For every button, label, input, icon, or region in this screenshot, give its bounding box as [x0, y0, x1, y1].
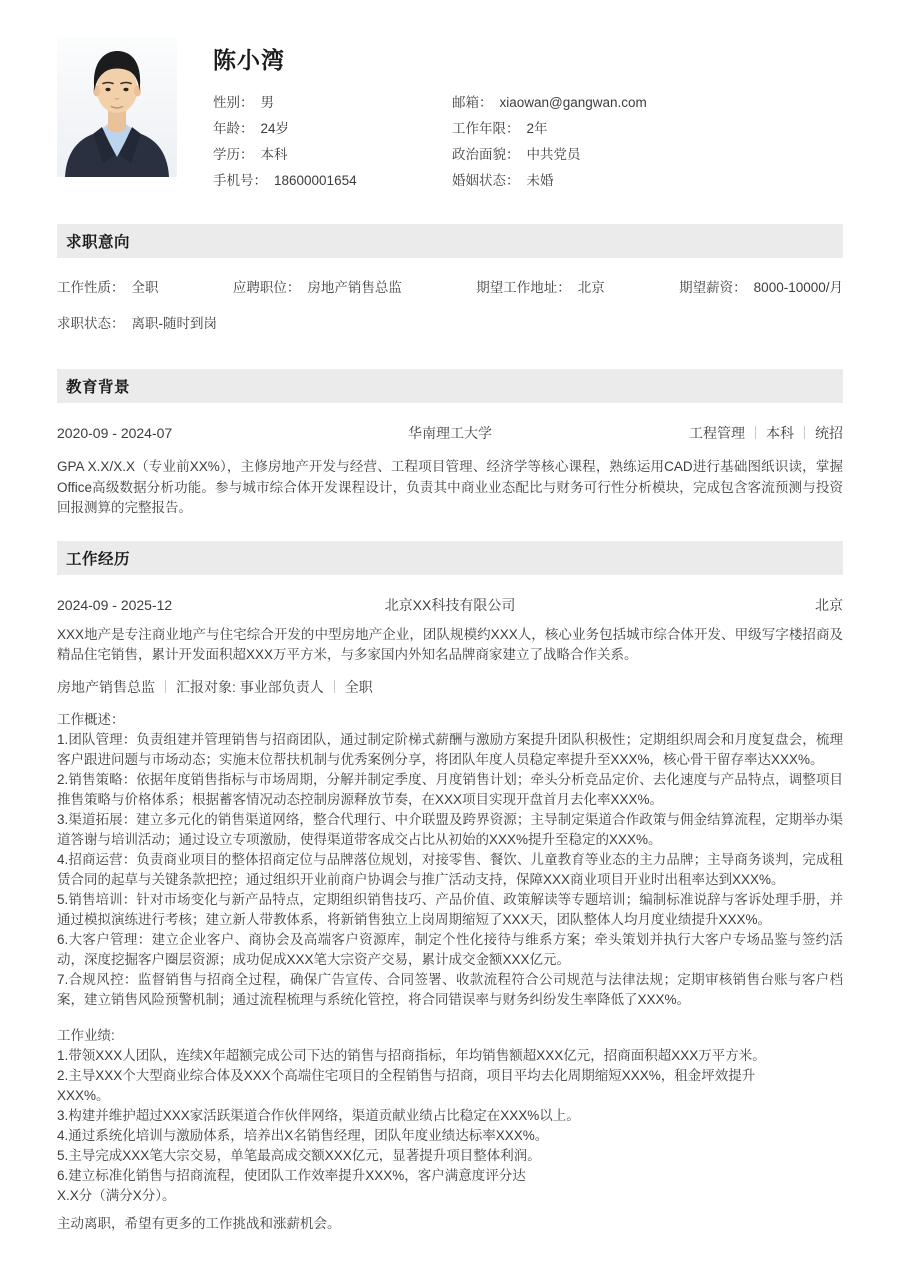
- divider: [804, 426, 805, 439]
- achievement-item: 2.主导XXX个大型商业综合体及XXX个高端住宅项目的全程销售与招商，项目平均去…: [57, 1066, 843, 1106]
- resume-header: 陈小湾 性别：男 邮箱：xiaowan@gangwan.com 年龄：24岁 工…: [57, 37, 843, 194]
- achievement-item: 6.建立标准化销售与招商流程，使团队工作效率提升XXX%，客户满意度评分达 X.…: [57, 1166, 843, 1206]
- field-marital-status: 婚姻状态：未婚: [452, 168, 843, 194]
- field-email: 邮箱：xiaowan@gangwan.com: [452, 90, 843, 116]
- work-entry-row: 2024-09 - 2025-12 北京XX科技有限公司 北京: [57, 595, 843, 615]
- overview-item: 6.大客户管理：建立企业客户、商协会及高端客户资源库，制定个性化接待与维系方案；…: [57, 930, 843, 970]
- work-overview: 工作概述： 1.团队管理：负责组建并管理销售与招商团队，通过制定阶梯式薪酬与激励…: [57, 710, 843, 1010]
- position-title: 房地产销售总监: [57, 679, 155, 695]
- achievement-title: 工作业绩:: [57, 1026, 843, 1046]
- section-header-education: 教育背景: [57, 369, 843, 403]
- company-intro: XXX地产是专注商业地产与住宅综合开发的中型房地产企业，团队规模约XXX人，核心…: [57, 625, 843, 666]
- field-work-years: 工作年限：2年: [452, 116, 843, 142]
- achievement-item: 4.通过系统化培训与激励体系，培养出X名销售经理，团队年度业绩达标率XXX%。: [57, 1126, 843, 1146]
- company-name: 北京XX科技有限公司: [316, 595, 583, 615]
- school-name: 华南理工大学: [316, 423, 583, 443]
- divider: [165, 680, 166, 693]
- work-achievements: 工作业绩: 1.带领XXX人团队，连续X年超额完成公司下达的销售与招商指标，年均…: [57, 1026, 843, 1206]
- leave-reason: 主动离职，希望有更多的工作挑战和涨薪机会。: [57, 1214, 843, 1234]
- overview-title: 工作概述：: [57, 710, 843, 730]
- profile-photo: [57, 37, 177, 177]
- major: 工程管理: [689, 425, 745, 441]
- work-period: 2024-09 - 2025-12: [57, 595, 316, 615]
- education-description: GPA X.X/X.X（专业前XX%），主修房地产开发与经营、工程项目管理、经济…: [57, 457, 843, 519]
- section-title: 求职意向: [66, 230, 130, 252]
- achievement-item: 3.构建并维护超过XXX家活跃渠道合作伙伴网络，渠道贡献业绩占比稳定在XXX%以…: [57, 1106, 843, 1126]
- section-title: 工作经历: [66, 547, 130, 569]
- divider: [334, 680, 335, 693]
- portrait-illustration: [57, 37, 177, 177]
- field-expected-location: 期望工作地址：北京: [476, 279, 605, 297]
- section-header-work-experience: 工作经历: [57, 541, 843, 575]
- overview-item: 7.合规风控：监督销售与招商全过程，确保广告宣传、合同签署、收款流程符合公司规范…: [57, 970, 843, 1010]
- job-intention-row: 工作性质：全职 应聘职位：房地产销售总监 期望工作地址：北京 期望薪资：8000…: [57, 279, 843, 297]
- report-to: 汇报对象: 事业部负责人: [176, 679, 324, 695]
- work-location: 北京: [584, 595, 843, 615]
- enrollment-type: 统招: [815, 425, 843, 441]
- section-title: 教育背景: [66, 375, 130, 397]
- overview-item: 5.销售培训：针对市场变化与新产品特点，定期组织销售技巧、产品价值、政策解读等专…: [57, 890, 843, 930]
- field-political-status: 政治面貌：中共党员: [452, 142, 843, 168]
- resume-page: 陈小湾 性别：男 邮箱：xiaowan@gangwan.com 年龄：24岁 工…: [0, 0, 900, 1275]
- field-expected-salary: 期望薪资：8000-10000/月: [679, 279, 843, 297]
- section-header-job-intention: 求职意向: [57, 224, 843, 258]
- overview-item: 1.团队管理：负责组建并管理销售与招商团队，通过制定阶梯式薪酬与激励方案提升团队…: [57, 730, 843, 770]
- field-job-nature: 工作性质：全职: [57, 279, 159, 297]
- divider: [755, 426, 756, 439]
- overview-item: 3.渠道拓展：建立多元化的销售渠道网络，整合代理行、中介联盟及跨界资源；主导制定…: [57, 810, 843, 850]
- profile-info: 陈小湾 性别：男 邮箱：xiaowan@gangwan.com 年龄：24岁 工…: [213, 37, 843, 194]
- field-education: 学历：本科: [213, 142, 452, 168]
- job-type: 全职: [345, 679, 373, 695]
- profile-info-grid: 性别：男 邮箱：xiaowan@gangwan.com 年龄：24岁 工作年限：…: [213, 90, 843, 194]
- education-entry-row: 2020-09 - 2024-07 华南理工大学 工程管理本科统招: [57, 423, 843, 443]
- overview-item: 4.招商运营：负责商业项目的整体招商定位与品牌落位规划，对接零售、餐饮、儿童教育…: [57, 850, 843, 890]
- position-row: 房地产销售总监汇报对象: 事业部负责人全职: [57, 678, 843, 696]
- education-period: 2020-09 - 2024-07: [57, 423, 316, 443]
- field-target-position: 应聘职位：房地产销售总监: [233, 279, 402, 297]
- achievement-item: 5.主导完成XXX笔大宗交易，单笔最高成交额XXX亿元，显著提升项目整体利润。: [57, 1146, 843, 1166]
- field-job-status: 求职状态：离职-随时到岗: [57, 315, 843, 333]
- education-meta: 工程管理本科统招: [584, 423, 843, 443]
- candidate-name: 陈小湾: [213, 42, 843, 75]
- achievement-item: 1.带领XXX人团队，连续X年超额完成公司下达的销售与招商指标，年均销售额超XX…: [57, 1046, 843, 1066]
- field-age: 年龄：24岁: [213, 116, 452, 142]
- field-phone: 手机号：18600001654: [213, 168, 452, 194]
- field-gender: 性别：男: [213, 90, 452, 116]
- degree: 本科: [766, 425, 794, 441]
- overview-item: 2.销售策略：依据年度销售指标与市场周期，分解并制定季度、月度销售计划；牵头分析…: [57, 770, 843, 810]
